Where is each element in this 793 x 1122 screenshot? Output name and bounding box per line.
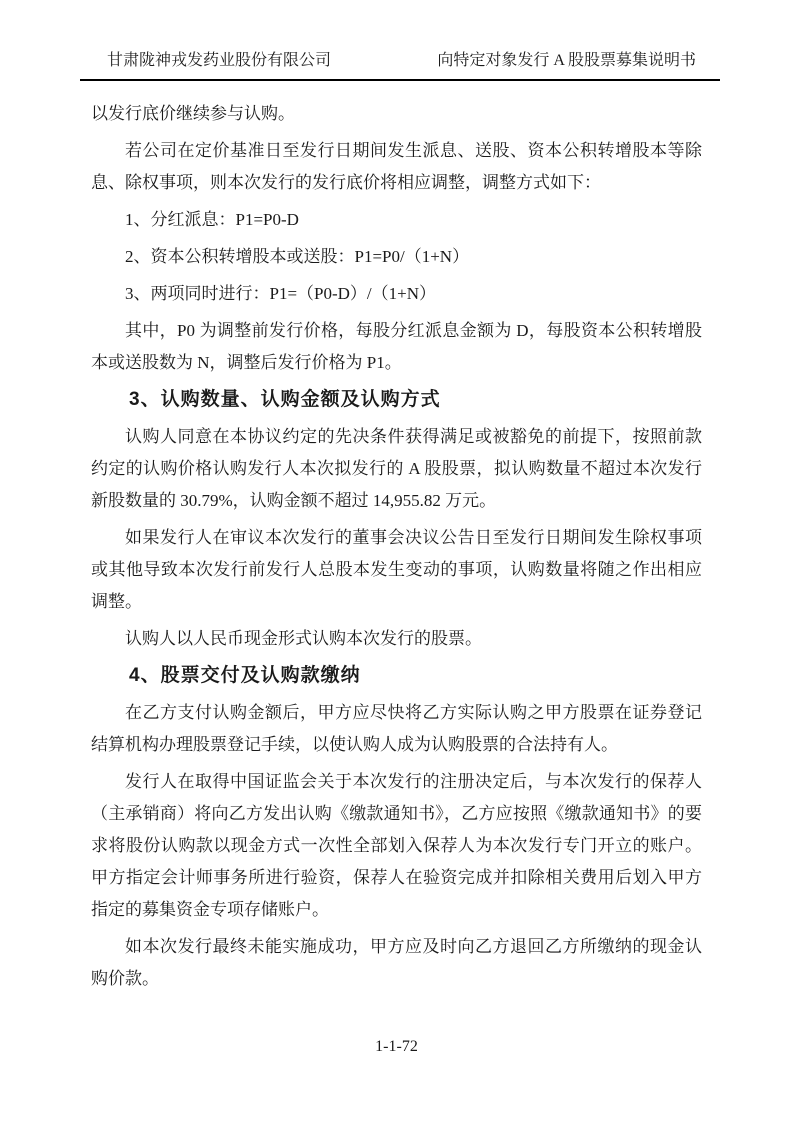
document-body: 以发行底价继续参与认购。若公司在定价基准日至发行日期间发生派息、送股、资本公积转… bbox=[91, 98, 702, 995]
paragraph: 若公司在定价基准日至发行日期间发生派息、送股、资本公积转增股本等除息、除权事项，… bbox=[91, 135, 702, 199]
paragraph: 认购人同意在本协议约定的先决条件获得满足或被豁免的前提下，按照前款约定的认购价格… bbox=[91, 421, 702, 517]
paragraph: 如本次发行最终未能实施成功，甲方应及时向乙方退回乙方所缴纳的现金认购价款。 bbox=[91, 931, 702, 995]
paragraph: 在乙方支付认购金额后，甲方应尽快将乙方实际认购之甲方股票在证券登记结算机构办理股… bbox=[91, 697, 702, 761]
page-number: 1-1-72 bbox=[375, 1038, 418, 1055]
paragraph: 如果发行人在审议本次发行的董事会决议公告日至发行日期间发生除权事项或其他导致本次… bbox=[91, 522, 702, 618]
paragraph: 3、两项同时进行：P1=（P0-D）/（1+N） bbox=[91, 278, 702, 310]
page-footer: 1-1-72 bbox=[0, 1036, 793, 1058]
paragraph: 以发行底价继续参与认购。 bbox=[91, 98, 702, 130]
paragraph: 发行人在取得中国证监会关于本次发行的注册决定后，与本次发行的保荐人（主承销商）将… bbox=[91, 766, 702, 926]
document-page: 甘肃陇神戎发药业股份有限公司 向特定对象发行 A 股股票募集说明书 以发行底价继… bbox=[0, 0, 793, 1122]
paragraph: 2、资本公积转增股本或送股：P1=P0/（1+N） bbox=[91, 241, 702, 273]
page-header: 甘肃陇神戎发药业股份有限公司 向特定对象发行 A 股股票募集说明书 bbox=[80, 0, 720, 81]
header-company-name: 甘肃陇神戎发药业股份有限公司 bbox=[107, 50, 331, 72]
header-document-title: 向特定对象发行 A 股股票募集说明书 bbox=[437, 50, 696, 72]
section-heading: 3、认购数量、认购金额及认购方式 bbox=[91, 384, 702, 416]
paragraph: 其中，P0 为调整前发行价格，每股分红派息金额为 D，每股资本公积转增股本或送股… bbox=[91, 315, 702, 379]
paragraph: 认购人以人民币现金形式认购本次发行的股票。 bbox=[91, 623, 702, 655]
section-heading: 4、股票交付及认购款缴纳 bbox=[91, 660, 702, 692]
paragraph: 1、分红派息：P1=P0-D bbox=[91, 204, 702, 236]
